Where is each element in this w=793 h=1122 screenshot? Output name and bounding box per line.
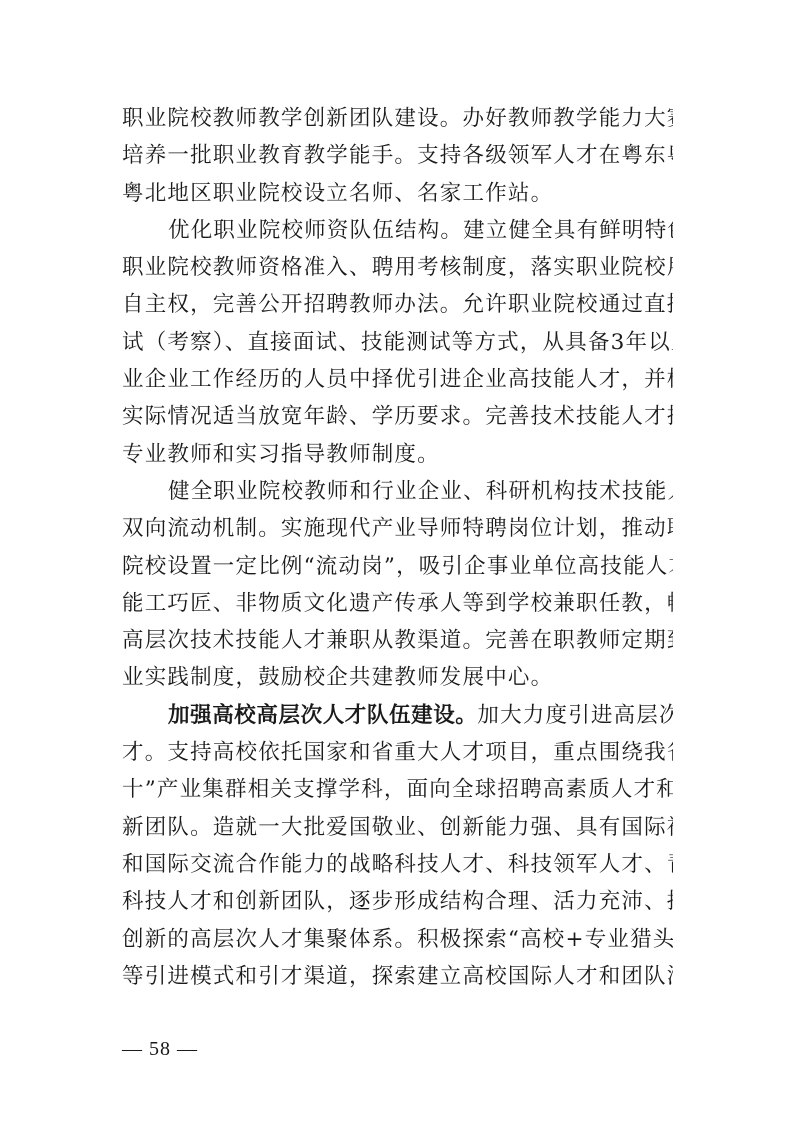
- text-line: 健全职业院校教师和行业企业、科研机构技术技能人才: [122, 473, 673, 510]
- text-line: 专业教师和实习指导教师制度。: [122, 436, 673, 473]
- text-run: 加大力度引进高层次人: [477, 703, 673, 728]
- text-line: 院校设置一定比例“流动岗”，吸引企事业单位高技能人才、: [122, 548, 673, 585]
- text-line: 自主权，完善公开招聘教师办法。允许职业院校通过直接考: [122, 286, 673, 323]
- paragraph-high-level-talent: 加强高校高层次人才队伍建设。加大力度引进高层次人 才。支持高校依托国家和省重大人…: [122, 697, 673, 995]
- text-line: 优化职业院校师资队伍结构。建立健全具有鲜明特色的: [122, 212, 673, 249]
- text-line: 新团队。造就一大批爱国敬业、创新能力强、具有国际视野: [122, 809, 673, 846]
- paragraph-teacher-structure: 优化职业院校师资队伍结构。建立健全具有鲜明特色的 职业院校教师资格准入、聘用考核…: [122, 212, 673, 473]
- text-line: 业实践制度，鼓励校企共建教师发展中心。: [122, 659, 673, 696]
- text-line: 粤北地区职业院校设立名师、名家工作站。: [122, 175, 673, 212]
- text-line: 实际情况适当放宽年龄、学历要求。完善技术技能人才担任: [122, 398, 673, 435]
- text-line: 能工巧匠、非物质文化遗产传承人等到学校兼职任教，畅通: [122, 585, 673, 622]
- text-line: 才。支持高校依托国家和省重大人才项目，重点围绕我省“双: [122, 734, 673, 771]
- text-line: 业企业工作经历的人员中择优引进企业高技能人才，并根据: [122, 361, 673, 398]
- text-line: 高层次技术技能人才兼职从教渠道。完善在职教师定期到企: [122, 622, 673, 659]
- text-line: 试（考察）、直接面试、技能测试等方式，从具备3年以上行: [122, 324, 673, 361]
- text-line: 职业院校教师资格准入、聘用考核制度，落实职业院校用人: [122, 249, 673, 286]
- document-page: 职业院校教师教学创新团队建设。办好教师教学能力大赛， 培养一批职业教育教学能手。…: [0, 0, 793, 1122]
- paragraph-continued: 职业院校教师教学创新团队建设。办好教师教学能力大赛， 培养一批职业教育教学能手。…: [122, 100, 673, 212]
- text-line: 双向流动机制。实施现代产业导师特聘岗位计划，推动职业: [122, 510, 673, 547]
- text-line: 等引进模式和引才渠道，探索建立高校国际人才和团队清单: [122, 958, 673, 995]
- page-number: — 58 —: [122, 1038, 198, 1061]
- paragraph-two-way-mobility: 健全职业院校教师和行业企业、科研机构技术技能人才 双向流动机制。实施现代产业导师…: [122, 473, 673, 697]
- text-line: 培养一批职业教育教学能手。支持各级领军人才在粤东粤西: [122, 137, 673, 174]
- text-line: 和国际交流合作能力的战略科技人才、科技领军人才、青年: [122, 846, 673, 883]
- text-line: 职业院校教师教学创新团队建设。办好教师教学能力大赛，: [122, 100, 673, 137]
- text-line: 创新的高层次人才集聚体系。积极探索“高校+专业猎头”: [122, 921, 673, 958]
- text-line: 科技人才和创新团队，逐步形成结构合理、活力充沛、持续: [122, 883, 673, 920]
- text-line: 加强高校高层次人才队伍建设。加大力度引进高层次人: [122, 697, 673, 734]
- text-line: 十”产业集群相关支撑学科，面向全球招聘高素质人才和创: [122, 771, 673, 808]
- document-body: 职业院校教师教学创新团队建设。办好教师教学能力大赛， 培养一批职业教育教学能手。…: [122, 100, 673, 995]
- paragraph-heading: 加强高校高层次人才队伍建设。: [168, 703, 477, 728]
